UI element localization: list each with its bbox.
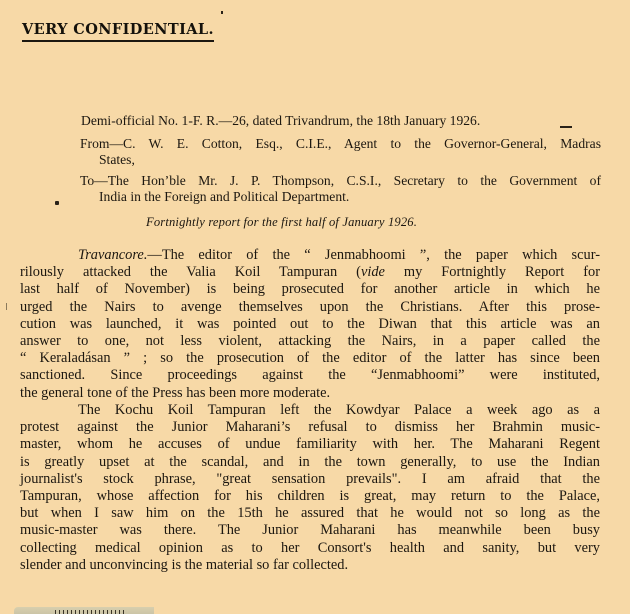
memo-to-continuation: India in the Foreign and Political Depar… xyxy=(99,188,349,205)
memo-reference: Demi-official No. 1-F. R.—26, dated Triv… xyxy=(81,112,480,129)
memo-from-line: From—C. W. E. Cotton, Esq., C.I.E., Agen… xyxy=(80,135,601,152)
scan-speck xyxy=(6,303,7,310)
classification-heading: VERY CONFIDENTIAL. xyxy=(22,21,214,42)
paragraph-line: last half of November) is being prosecut… xyxy=(20,281,600,298)
memo-from-continuation: States, xyxy=(99,151,135,168)
scan-speck xyxy=(55,201,59,205)
paragraph-line: Tampuran, whose affection for his childr… xyxy=(20,488,600,505)
italic-term: vide xyxy=(361,264,385,280)
scan-speck xyxy=(221,11,223,14)
report-subtitle: Fortnightly report for the first half of… xyxy=(146,215,417,230)
paragraph-line: Travancore.—The editor of the “ Jenmabho… xyxy=(20,247,600,264)
paragraph-line: is greatly upset at the scandal, and in … xyxy=(20,454,600,471)
paragraph-line: urged the Nairs to avenge themselves upo… xyxy=(20,299,600,316)
paragraph-line: but when I saw him on the 15th he assure… xyxy=(20,505,600,522)
paragraph-line: rilously attacked the Valia Koil Tampura… xyxy=(20,264,600,281)
paragraph-line: the general tone of the Press has been m… xyxy=(20,385,600,402)
section-label: Travancore. xyxy=(78,247,147,263)
document-page: VERY CONFIDENTIAL. Demi-official No. 1-F… xyxy=(0,0,630,614)
paragraph-line: protest against the Junior Maharani’s re… xyxy=(20,419,600,436)
paragraph-line: master, whom he accuses of undue familia… xyxy=(20,436,600,453)
paragraph-line: answer to one, not less violent, attacki… xyxy=(20,333,600,350)
scan-dash-mark xyxy=(560,126,572,128)
paragraph-line: sanctioned. Since proceedings against th… xyxy=(20,367,600,384)
paragraph-line: “ Keraladásan ” ; so the prosecution of … xyxy=(20,350,600,367)
page-edge-ticks xyxy=(55,610,125,614)
paragraph-travancore: Travancore.—The editor of the “ Jenmabho… xyxy=(20,247,600,402)
paragraph-line: music-master was there. The Junior Mahar… xyxy=(20,522,600,539)
paragraph-line: slender and unconvincing is the material… xyxy=(20,557,600,574)
memo-to-line: To—The Hon’ble Mr. J. P. Thompson, C.S.I… xyxy=(80,172,601,189)
paragraph-line: The Kochu Koil Tampuran left the Kowdyar… xyxy=(20,402,600,419)
paragraph-line: journalist's stock phrase, "great sensat… xyxy=(20,471,600,488)
paragraph-line: collecting medical opinion as to her Con… xyxy=(20,540,600,557)
paragraph-line: cution was launched, it was pointed out … xyxy=(20,316,600,333)
paragraph-kochu-koil: The Kochu Koil Tampuran left the Kowdyar… xyxy=(20,402,600,574)
